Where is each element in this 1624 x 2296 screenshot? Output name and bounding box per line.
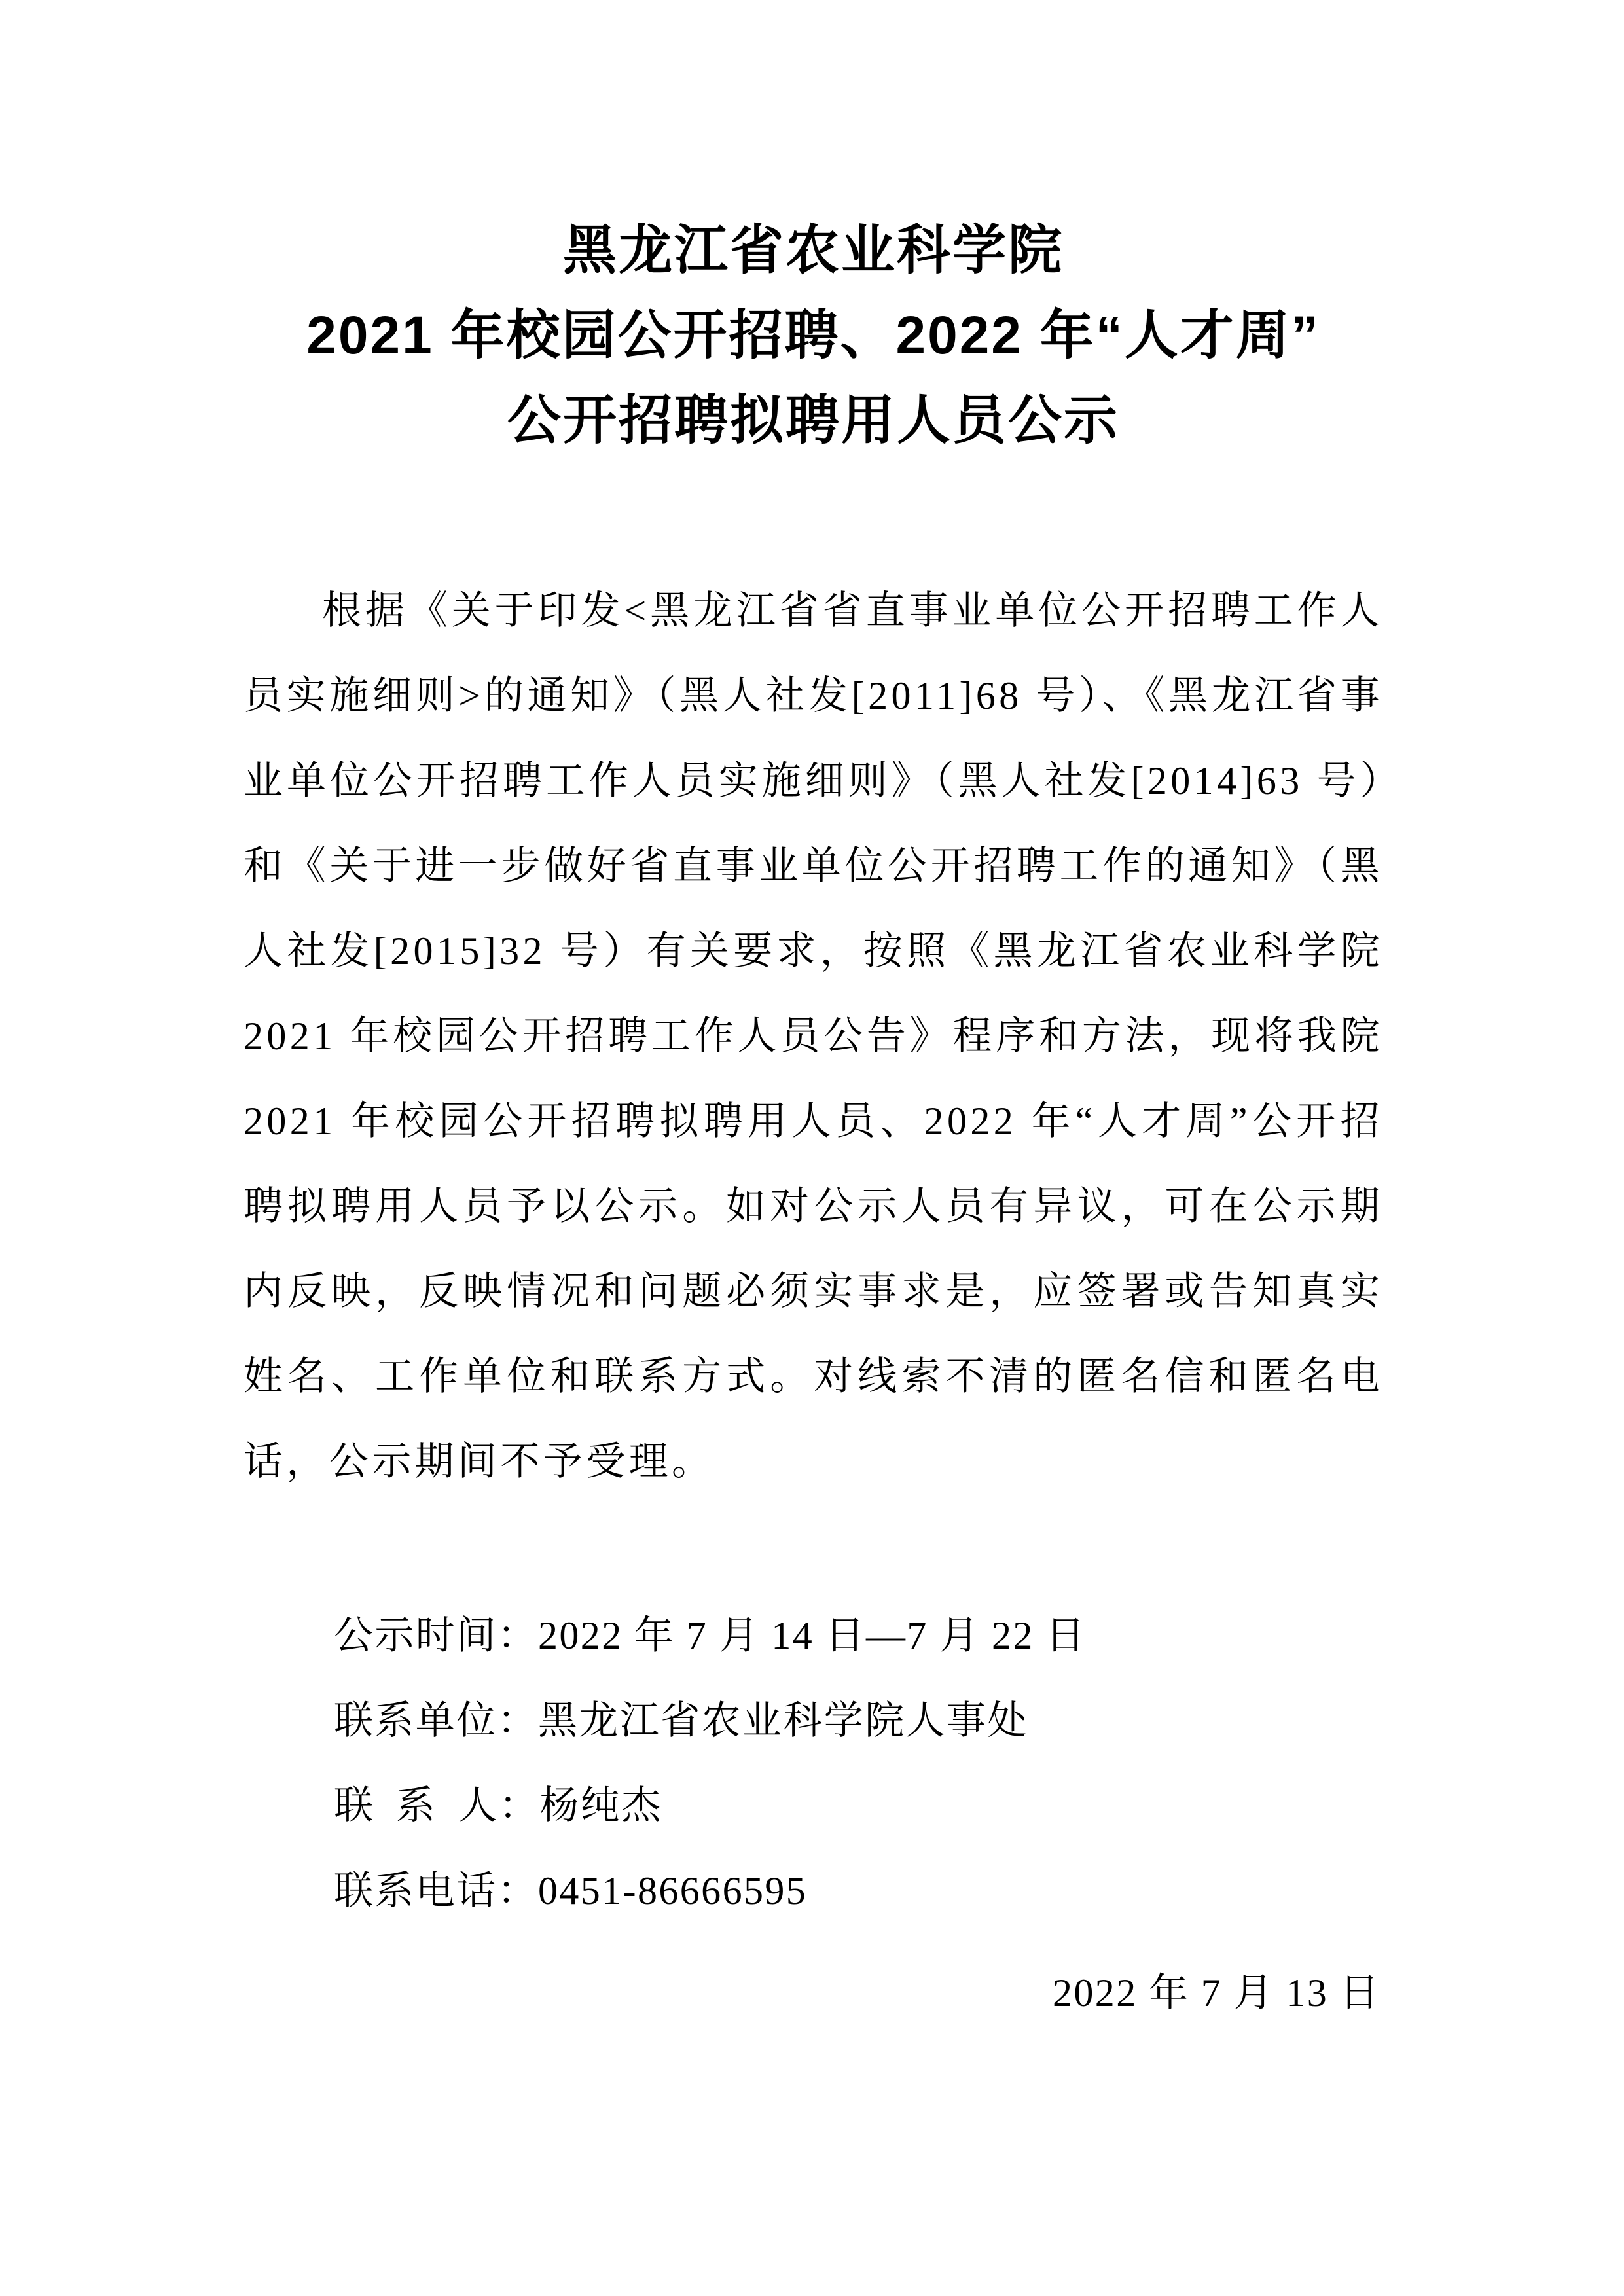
title-line-3: 公开招聘拟聘用人员公示 — [244, 378, 1383, 463]
contact-row-contact-phone: 联系电话：0451-86666595 — [334, 1848, 1383, 1933]
contact-label: 联 系 人： — [334, 1784, 539, 1827]
document-title: 黑龙江省农业科学院 2021 年校园公开招聘、2022 年“人才周” 公开招聘拟… — [244, 208, 1383, 463]
contact-row-contact-person: 联 系 人：杨纯杰 — [334, 1763, 1383, 1848]
body-paragraph: 根据《关于印发<黑龙江省省直事业单位公开招聘工作人员实施细则>的通知》（黑人社发… — [244, 568, 1383, 1504]
contact-value: 0451-86666595 — [538, 1869, 807, 1912]
document-page: 黑龙江省农业科学院 2021 年校园公开招聘、2022 年“人才周” 公开招聘拟… — [0, 0, 1624, 2296]
contact-value: 黑龙江省农业科学院人事处 — [538, 1699, 1028, 1742]
contact-label: 联系单位： — [334, 1699, 538, 1742]
document-date: 2022 年 7 月 13 日 — [244, 1950, 1383, 2036]
title-line-2: 2021 年校园公开招聘、2022 年“人才周” — [244, 293, 1383, 378]
contact-row-publicity-period: 公示时间：2022 年 7 月 14 日—7 月 22 日 — [334, 1593, 1383, 1678]
contact-value: 2022 年 7 月 14 日—7 月 22 日 — [538, 1614, 1087, 1657]
contact-value: 杨纯杰 — [539, 1784, 662, 1827]
contact-row-contact-unit: 联系单位：黑龙江省农业科学院人事处 — [334, 1678, 1383, 1763]
title-line-1: 黑龙江省农业科学院 — [244, 208, 1383, 293]
contact-label: 联系电话： — [334, 1869, 538, 1912]
contact-info-block: 公示时间：2022 年 7 月 14 日—7 月 22 日 联系单位：黑龙江省农… — [244, 1593, 1383, 1933]
contact-label: 公示时间： — [334, 1614, 538, 1657]
